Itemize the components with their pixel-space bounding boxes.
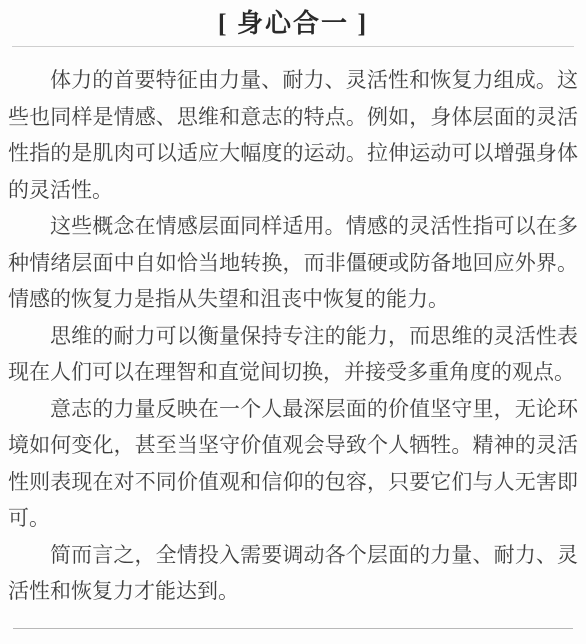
- article-body: 体力的首要特征由力量、耐力、灵活性和恢复力组成。这些也同样是情感、思维和意志的特…: [0, 47, 586, 611]
- paragraph-summary: 简而言之，全情投入需要调动各个层面的力量、耐力、灵活性和恢复力才能达到。: [8, 538, 578, 611]
- book-page: [ 身心合一 ] 体力的首要特征由力量、耐力、灵活性和恢复力组成。这些也同样是情…: [0, 0, 586, 644]
- paragraph-mental-endurance: 思维的耐力可以衡量保持专注的能力，而思维的灵活性表现在人们可以在理智和直觉间切换…: [8, 319, 578, 392]
- page-title: [ 身心合一 ]: [0, 9, 586, 39]
- paragraph-willpower-values: 意志的力量反映在一个人最深层面的价值坚守里，无论环境如何变化，甚至当坚守价值观会…: [8, 392, 578, 538]
- paragraph-emotional-level: 这些概念在情感层面同样适用。情感的灵活性指可以在多种情绪层面中自如恰当地转换，而…: [8, 209, 578, 319]
- footer-divider: [13, 628, 573, 629]
- paragraph-body-characteristics: 体力的首要特征由力量、耐力、灵活性和恢复力组成。这些也同样是情感、思维和意志的特…: [8, 63, 578, 209]
